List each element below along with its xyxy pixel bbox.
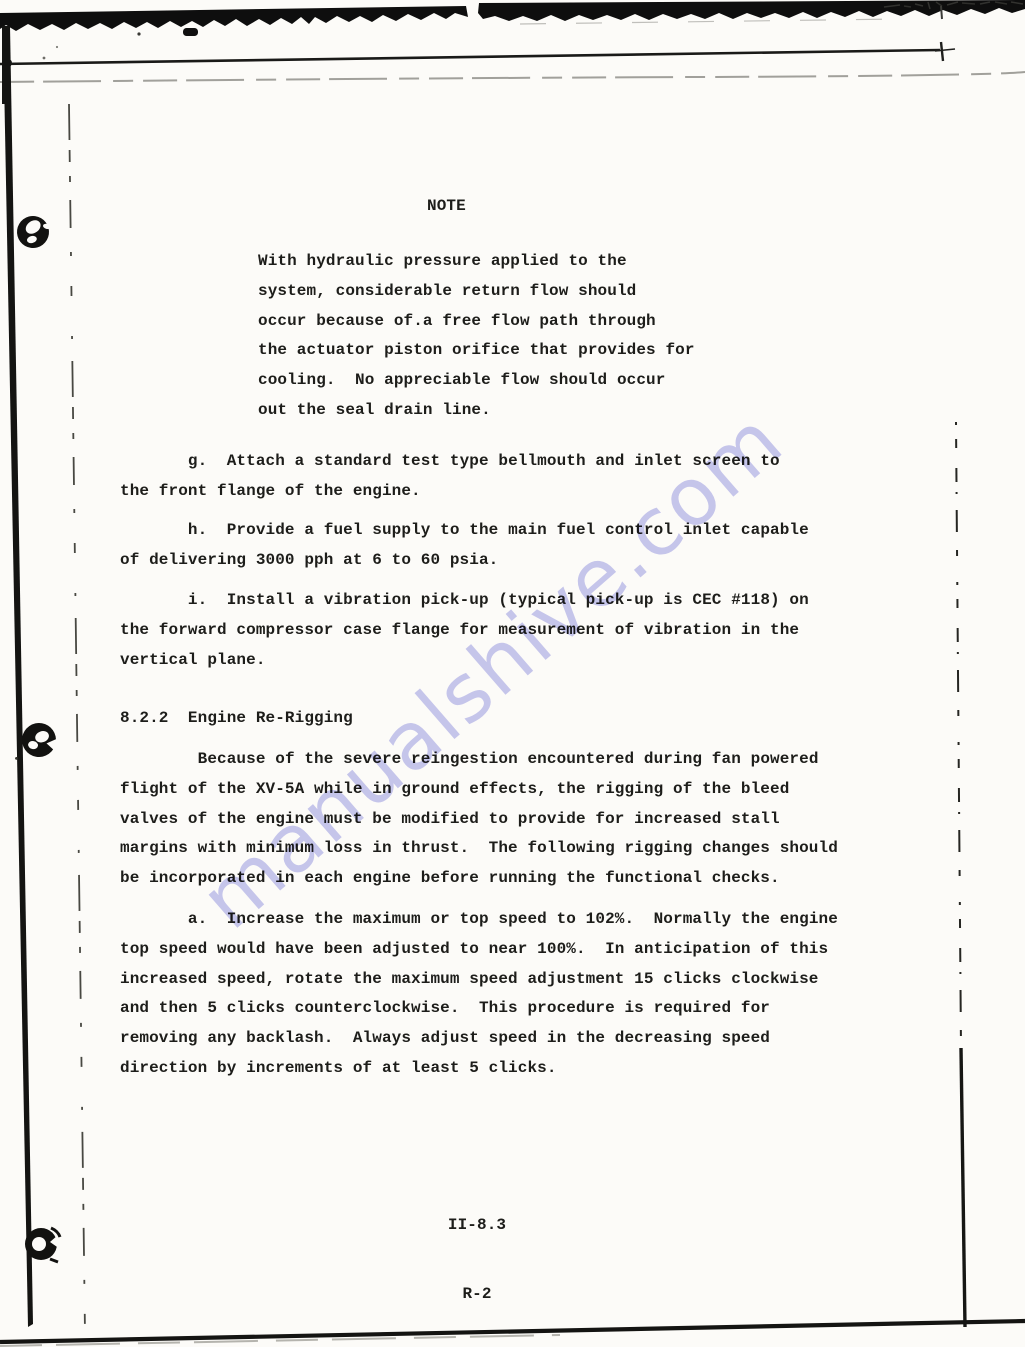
margin-rule-right-solid [961, 1048, 965, 1327]
torn-edge-top-right [478, 0, 1025, 21]
revision-number: R-2 [412, 1283, 542, 1306]
note-body: With hydraulic pressure applied to the s… [258, 247, 728, 426]
page-edge-left-thick [2, 26, 9, 104]
handwritten-scribble [884, 2, 1023, 19]
ink-speck [183, 28, 198, 36]
registration-cross [935, 42, 955, 61]
hole-punch-blot [13, 211, 56, 251]
torn-edge-top-left [0, 6, 468, 31]
section-heading: 8.2.2 Engine Re-Rigging [120, 704, 353, 734]
hole-punch-blot [25, 1228, 60, 1262]
scan-streak [520, 19, 900, 24]
note-heading: NOTE [427, 192, 466, 222]
ink-speck [43, 57, 46, 60]
scan-rule-faint [0, 72, 1025, 82]
page-edge-left [3, 26, 33, 1327]
page-footer: II-8.3 R-2 [412, 1168, 542, 1329]
page-number: II-8.3 [412, 1214, 542, 1237]
margin-rule-left [69, 104, 85, 1333]
margin-rule-right-dashed [956, 422, 961, 1048]
rule-end-blot [4, 59, 12, 67]
page-edge-bottom-fringe [0, 1335, 560, 1346]
ink-speck [137, 32, 140, 35]
hole-punch-blot [15, 720, 61, 767]
paragraph-item-h: h. Provide a fuel supply to the main fue… [120, 516, 910, 576]
scanned-manual-page: { "document": { "note": { "heading": "NO… [0, 0, 1025, 1347]
scan-rule-horizontal [0, 50, 940, 64]
ink-speck [56, 46, 58, 48]
